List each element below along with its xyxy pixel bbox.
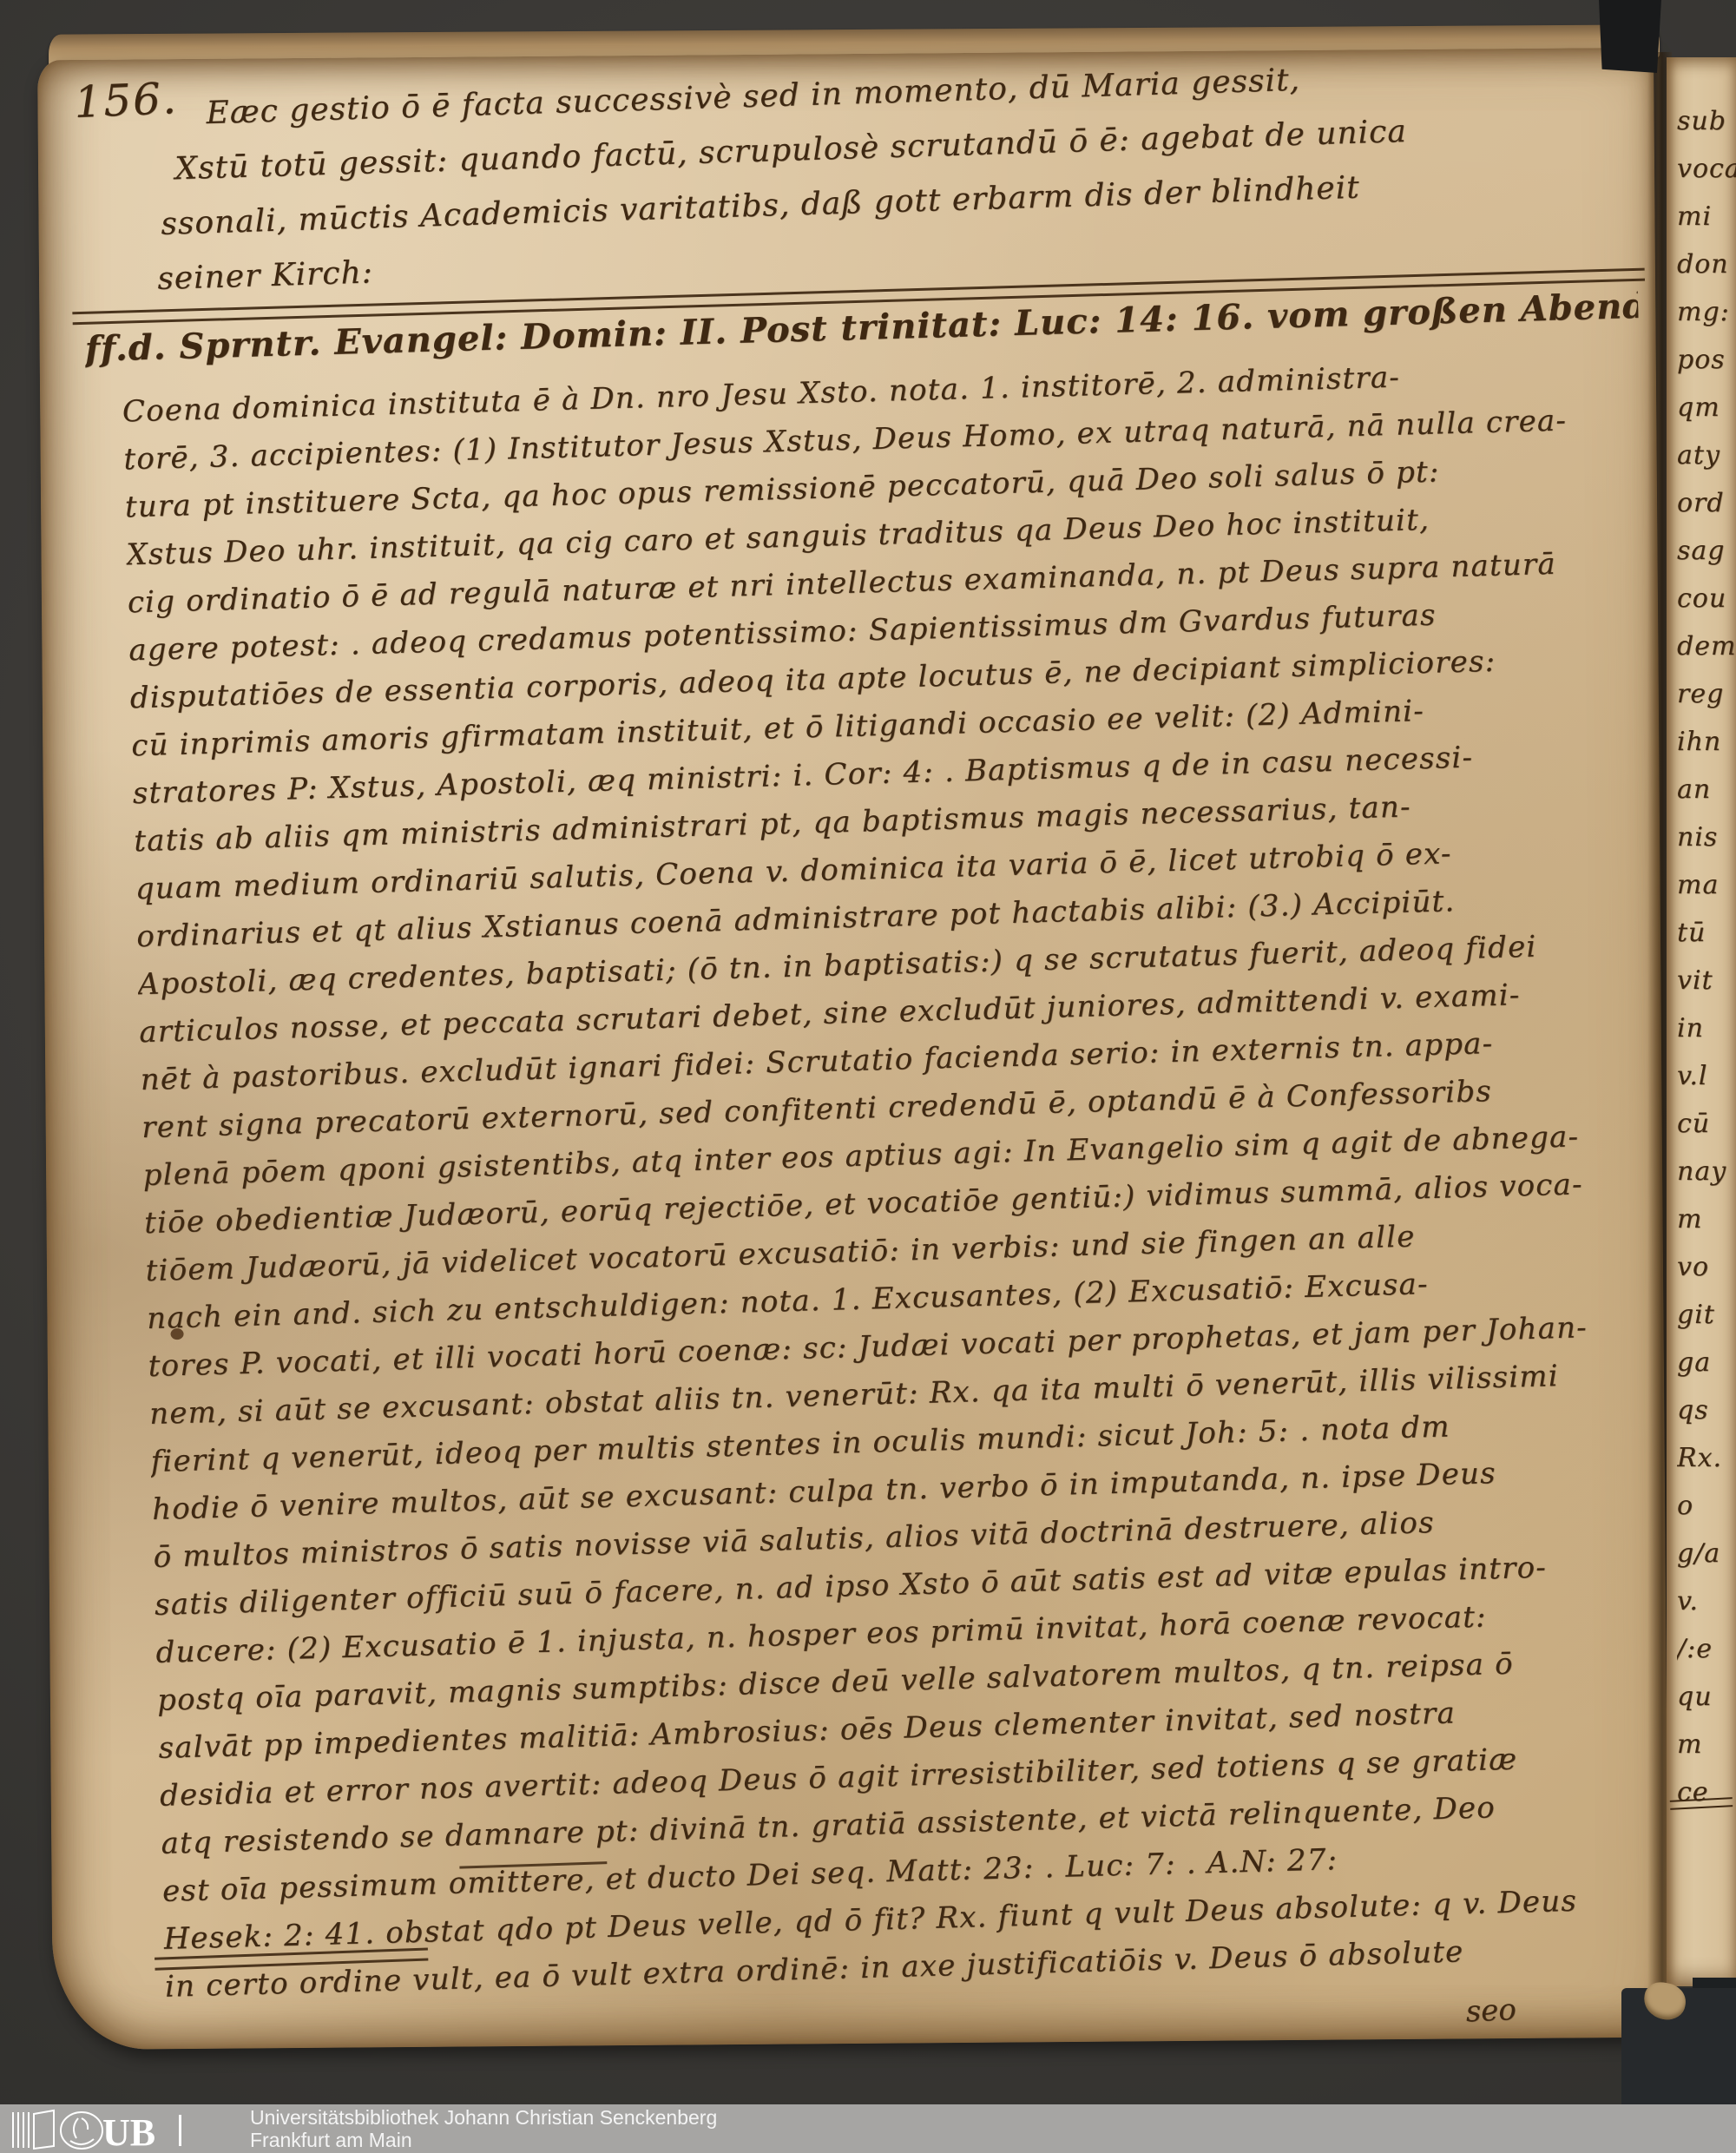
next-page-fragment: aty	[1677, 431, 1736, 479]
next-page-fragment: ord	[1677, 479, 1736, 527]
next-page-fragment: o	[1677, 1482, 1736, 1530]
next-page-fragment: nay	[1677, 1148, 1736, 1195]
next-page-sliver: subvocamidonmg:posqmatyordsagcoudemregih…	[1667, 57, 1736, 1986]
logo-ub-text: UB	[102, 2111, 155, 2150]
next-page-fragment: reg	[1677, 670, 1736, 718]
next-page-fragment: /:e	[1677, 1625, 1736, 1673]
logo-books-icon	[13, 2110, 54, 2149]
next-page-fragment: cou	[1677, 575, 1736, 622]
next-page-fragment: sag	[1677, 527, 1736, 575]
next-page-fragment: an	[1677, 766, 1736, 813]
next-page-fragment: git	[1677, 1291, 1736, 1339]
manuscript-page: 156. Eæc gestio ō ē facta successivè sed…	[37, 48, 1669, 2051]
next-page-fragment: ma	[1677, 861, 1736, 909]
next-page-fragment: ga	[1677, 1339, 1736, 1386]
next-page-fragment: dem	[1677, 622, 1736, 670]
intro-block: Eæc gestio ō ē facta successivè sed in m…	[122, 43, 1621, 307]
catchword: seo	[1465, 1992, 1517, 2029]
footer-bar: UB Universitätsbibliothek Johann Christi…	[0, 2104, 1736, 2153]
ub-logo: UB	[9, 2108, 193, 2150]
next-page-fragment: m	[1677, 1721, 1736, 1768]
next-page-fragment: g/a	[1677, 1530, 1736, 1577]
next-page-fragment: cū	[1677, 1100, 1736, 1148]
next-page-fragment: vit	[1677, 957, 1736, 1004]
next-page-fragment: ihn	[1677, 718, 1736, 766]
next-page-fragment: vo	[1677, 1243, 1736, 1291]
logo-divider	[179, 2115, 181, 2146]
body-block: Coena dominica instituta ē à Dn. nro Jes…	[122, 347, 1675, 2011]
scan-background: 156. Eæc gestio ō ē facta successivè sed…	[0, 0, 1736, 2153]
next-page-fragment: Rx.	[1677, 1434, 1736, 1482]
next-page-fragment: m	[1677, 1195, 1736, 1243]
next-page-fragment: qm	[1677, 384, 1736, 431]
next-page-fragment: qu	[1677, 1673, 1736, 1721]
next-page-fragment: mg:	[1677, 288, 1736, 336]
next-page-fragment: voca	[1677, 145, 1736, 193]
footer-text: Universitätsbibliothek Johann Christian …	[250, 2106, 717, 2151]
next-page-fragment: tū	[1677, 909, 1736, 957]
bookmark-strap	[1599, 0, 1661, 73]
library-city: Frankfurt am Main	[250, 2129, 717, 2151]
next-page-fragment: pos	[1677, 336, 1736, 384]
next-page-fragment: mi	[1677, 193, 1736, 240]
next-page-fragment: don	[1677, 240, 1736, 288]
logo-portrait-icon	[61, 2112, 102, 2149]
next-page-fragment: in	[1677, 1004, 1736, 1052]
next-page-fragment: sub	[1677, 97, 1736, 145]
next-page-fragments: subvocamidonmg:posqmatyordsagcoudemregih…	[1677, 97, 1736, 1816]
library-name: Universitätsbibliothek Johann Christian …	[250, 2106, 717, 2129]
next-page-fragment: qs	[1677, 1386, 1736, 1434]
next-page-fragment: nis	[1677, 813, 1736, 861]
next-page-fragment: v.	[1677, 1577, 1736, 1625]
next-page-fragment: v.l	[1677, 1052, 1736, 1100]
margin-ink-dot	[171, 1328, 184, 1340]
